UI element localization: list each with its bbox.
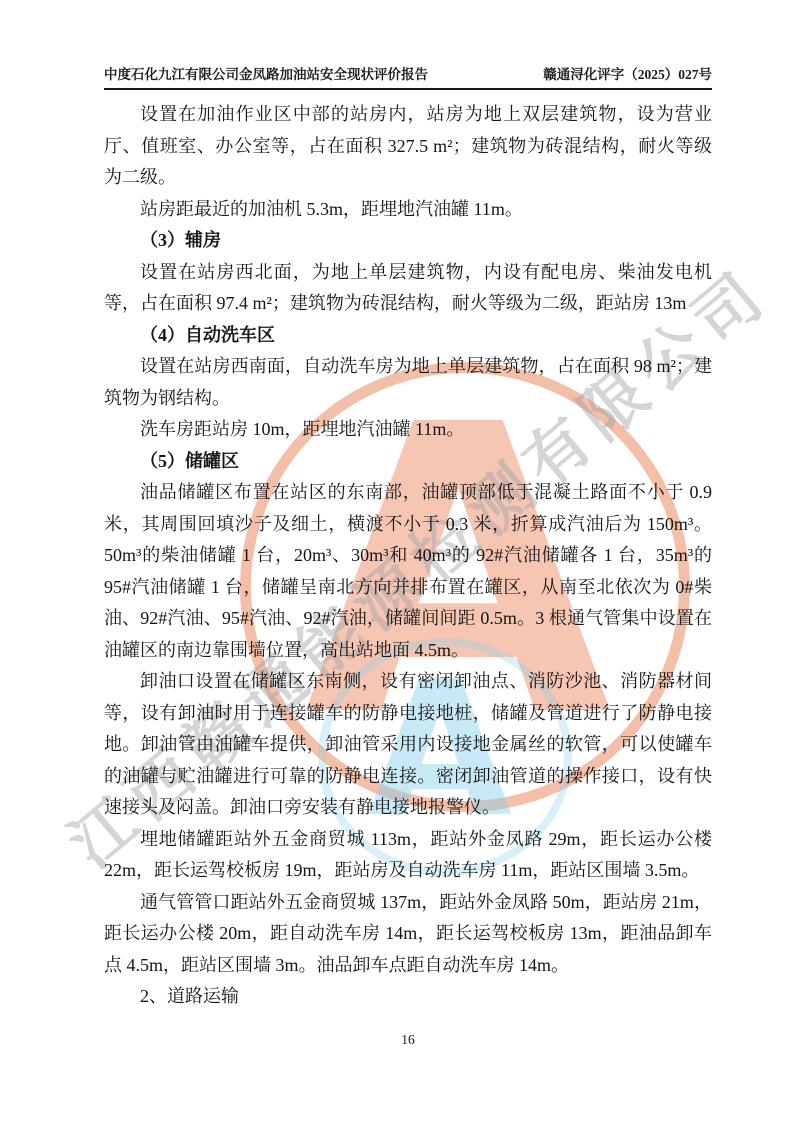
section-heading-3-auxiliary-room: （3）辅房 <box>104 225 712 257</box>
section-heading-4-car-wash-area: （4）自动洗车区 <box>104 320 712 352</box>
paragraph-buried-tank-distances: 埋地储罐距站外五金商贸城 113m，距站外金凤路 29m，距长运办公楼 22m，… <box>104 824 712 887</box>
paragraph-vent-pipe-distances: 通气管管口距站外五金商贸城 137m，距站外金凤路 50m，距站房 21m，距长… <box>104 887 712 982</box>
paragraph-road-transport-heading: 2、道路运输 <box>104 981 712 1013</box>
paragraph-unloading-point: 卸油口设置在储罐区东南侧，设有密闭卸油点、消防沙池、消防器材间等，设有卸油时用于… <box>104 666 712 824</box>
paragraph-tank-area-layout: 油品储罐区布置在站区的东南部，油罐顶部低于混凝土路面不小于 0.9 米，其周围回… <box>104 477 712 666</box>
section-heading-5-tank-area: （5）储罐区 <box>104 446 712 478</box>
page-header: 中度石化九江有限公司金凤路加油站安全现状评价报告 赣通浔化评字（2025）027… <box>104 63 712 90</box>
page-footer: 16 <box>104 1032 712 1048</box>
paragraph-station-house-location: 设置在加油作业区中部的站房内，站房为地上双层建筑物，设为营业厅、值班室、办公室等… <box>104 99 712 194</box>
header-document-number: 赣通浔化评字（2025）027号 <box>543 63 712 83</box>
document-body: 设置在加油作业区中部的站房内，站房为地上双层建筑物，设为营业厅、值班室、办公室等… <box>104 99 712 1013</box>
paragraph-auxiliary-room: 设置在站房西北面，为地上单层建筑物，内设有配电房、柴油发电机等，占在面积 97.… <box>104 257 712 320</box>
page-number: 16 <box>401 1032 415 1047</box>
paragraph-car-wash-distances: 洗车房距站房 10m，距埋地汽油罐 11m。 <box>104 414 712 446</box>
paragraph-station-house-distances: 站房距最近的加油机 5.3m，距埋地汽油罐 11m。 <box>104 194 712 226</box>
paragraph-car-wash-building: 设置在站房西南面，自动洗车房为地上单层建筑物，占在面积 98 m²；建筑物为钢结… <box>104 351 712 414</box>
header-report-title: 中度石化九江有限公司金凤路加油站安全现状评价报告 <box>104 63 428 83</box>
